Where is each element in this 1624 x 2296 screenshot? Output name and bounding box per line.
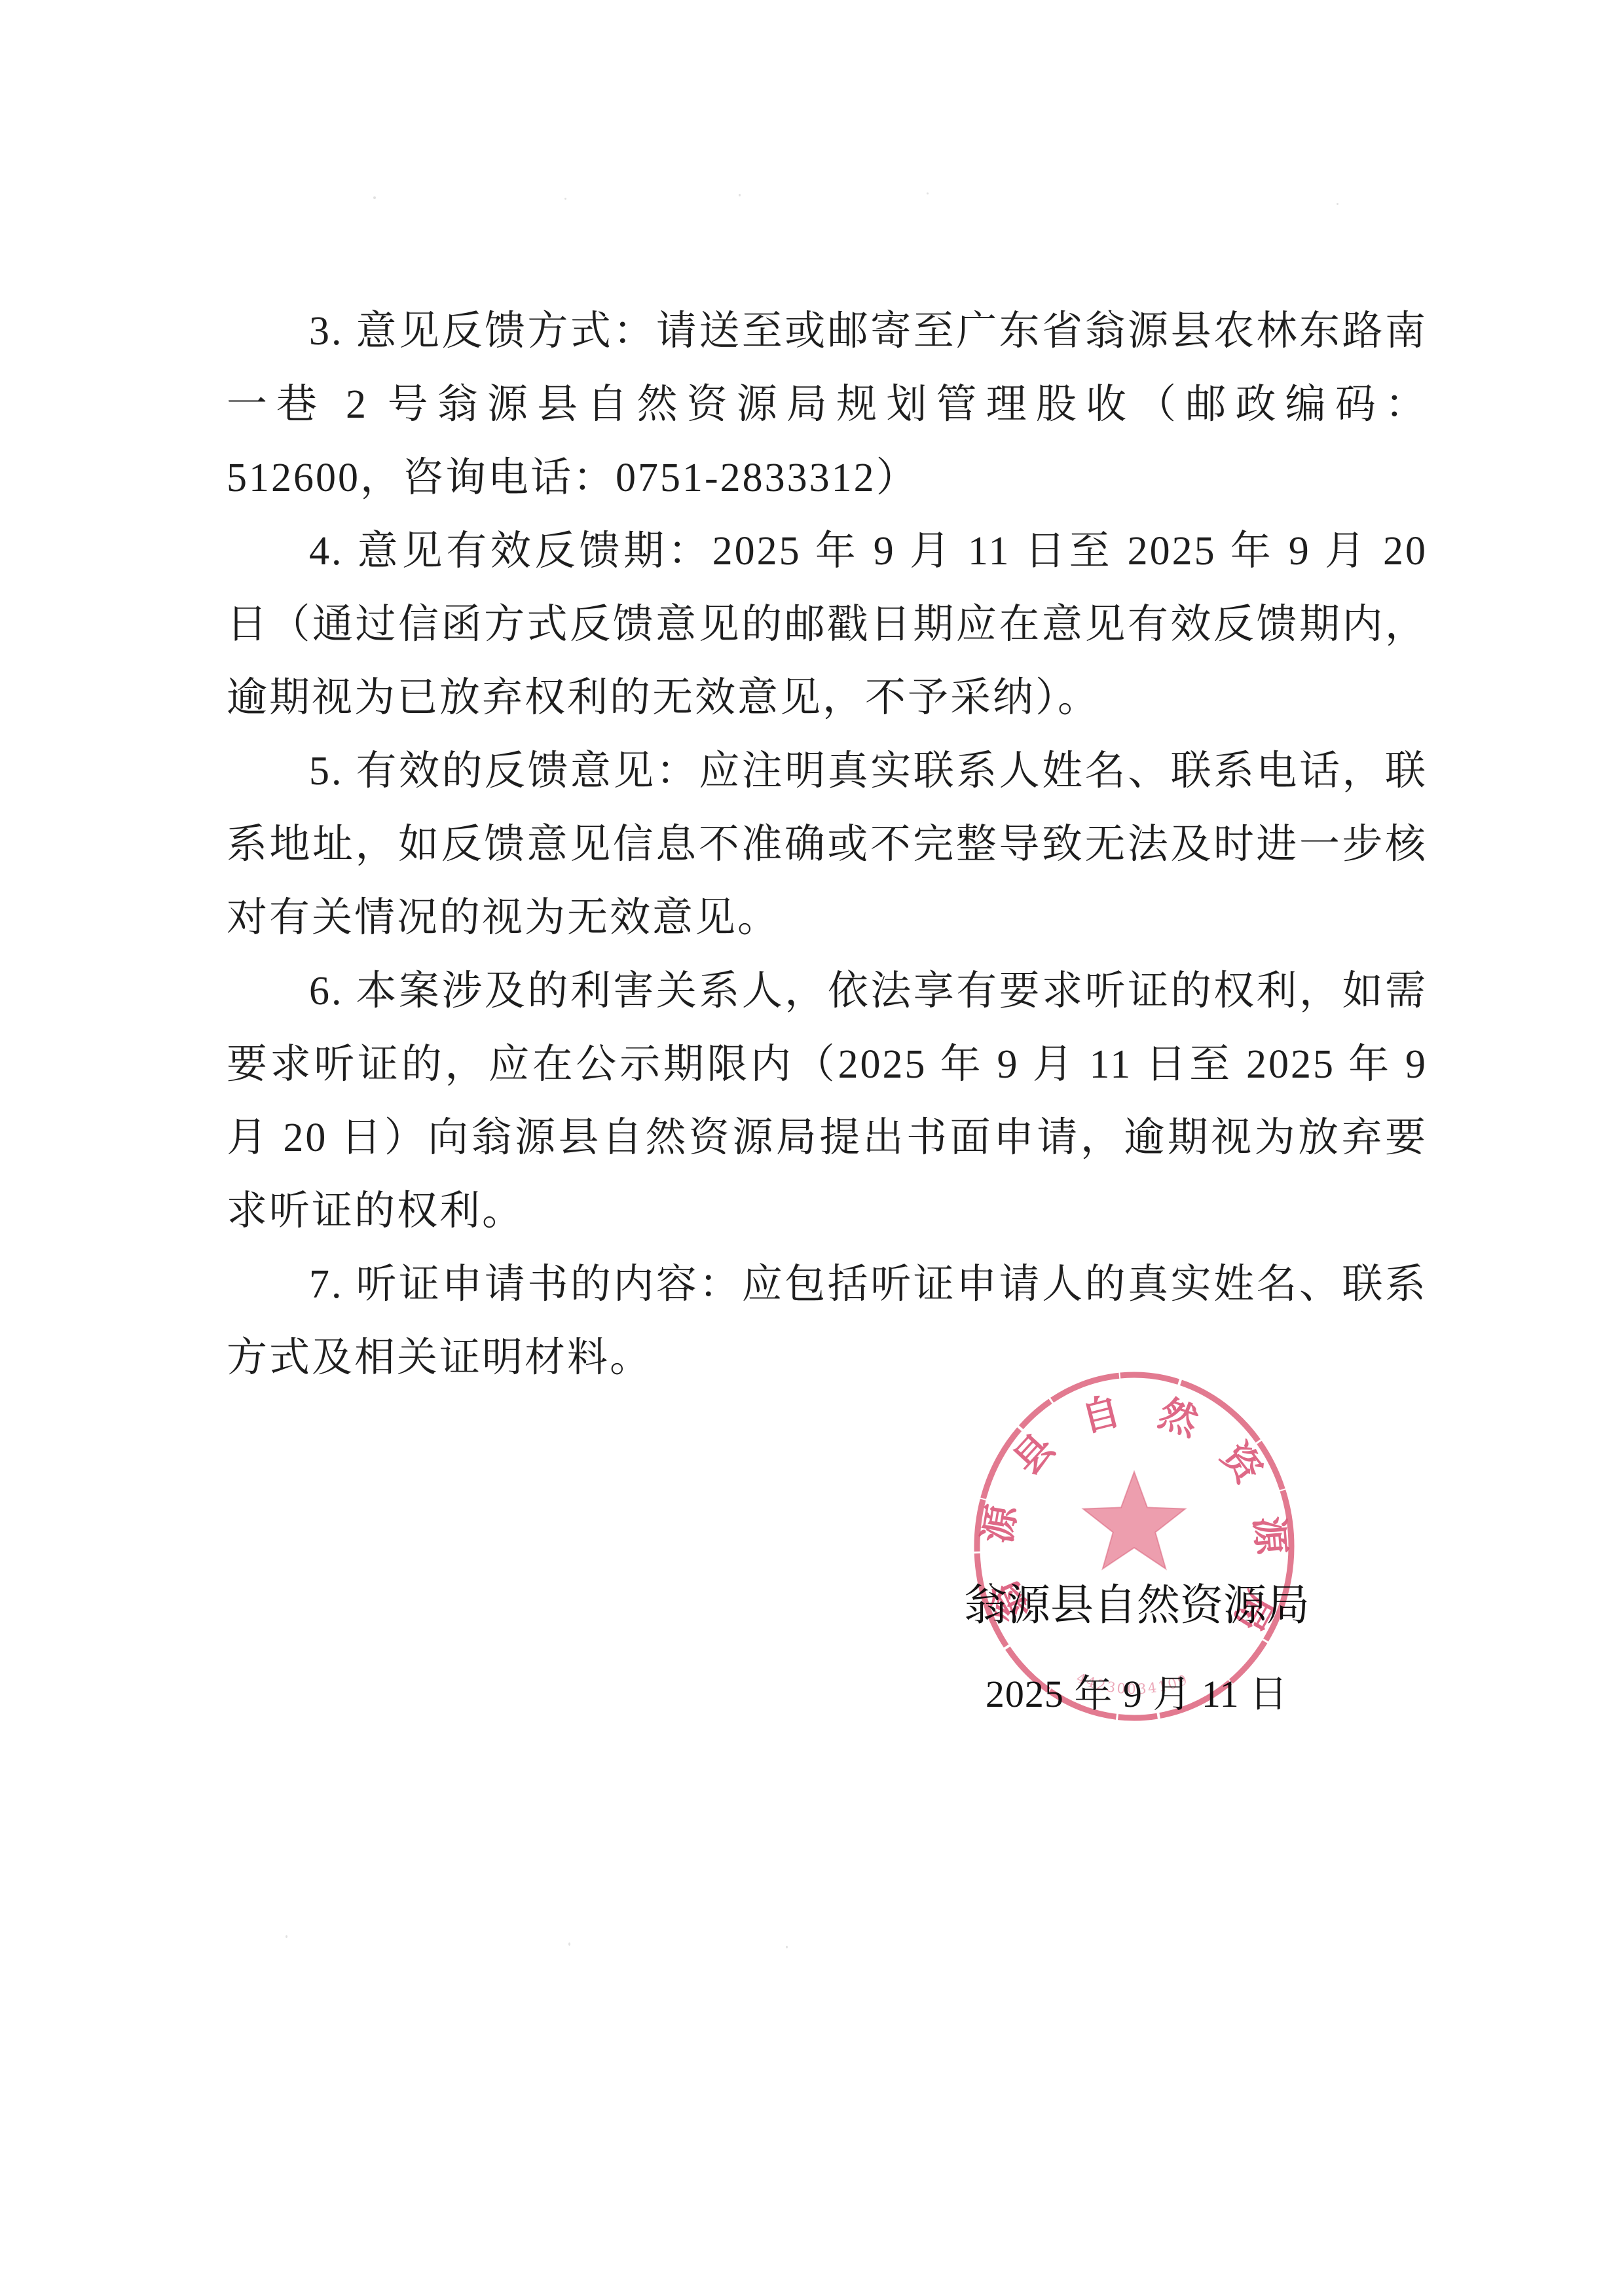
document-body: 3. 意见反馈方式：请送至或邮寄至广东省翁源县农林东路南一巷 2 号翁源县自然资… bbox=[227, 295, 1428, 1394]
paragraph-item-5: 5. 有效的反馈意见：应注明真实联系人姓名、联系电话，联系地址，如反馈意见信息不… bbox=[227, 735, 1428, 955]
scan-noise bbox=[568, 1942, 570, 1946]
scan-noise bbox=[786, 1946, 788, 1948]
scan-noise bbox=[564, 198, 566, 200]
paragraph-item-3: 3. 意见反馈方式：请送至或邮寄至广东省翁源县农林东路南一巷 2 号翁源县自然资… bbox=[227, 295, 1428, 515]
scan-noise bbox=[927, 192, 929, 194]
official-seal: 翁源县自然资源局 44230034109 bbox=[957, 1357, 1311, 1736]
scan-noise bbox=[739, 194, 741, 196]
scan-noise bbox=[286, 1935, 287, 1938]
document-page: 3. 意见反馈方式：请送至或邮寄至广东省翁源县农林东路南一巷 2 号翁源县自然资… bbox=[0, 0, 1624, 2296]
paragraph-item-6: 6. 本案涉及的利害关系人，依法享有要求听证的权利，如需要求听证的，应在公示期限… bbox=[227, 955, 1428, 1248]
seal-code: 44230034109 bbox=[1075, 1670, 1192, 1697]
scan-noise bbox=[1337, 203, 1338, 205]
paragraph-item-4: 4. 意见有效反馈期：2025 年 9 月 11 日至 2025 年 9 月 2… bbox=[227, 515, 1428, 735]
scan-noise bbox=[373, 196, 376, 199]
